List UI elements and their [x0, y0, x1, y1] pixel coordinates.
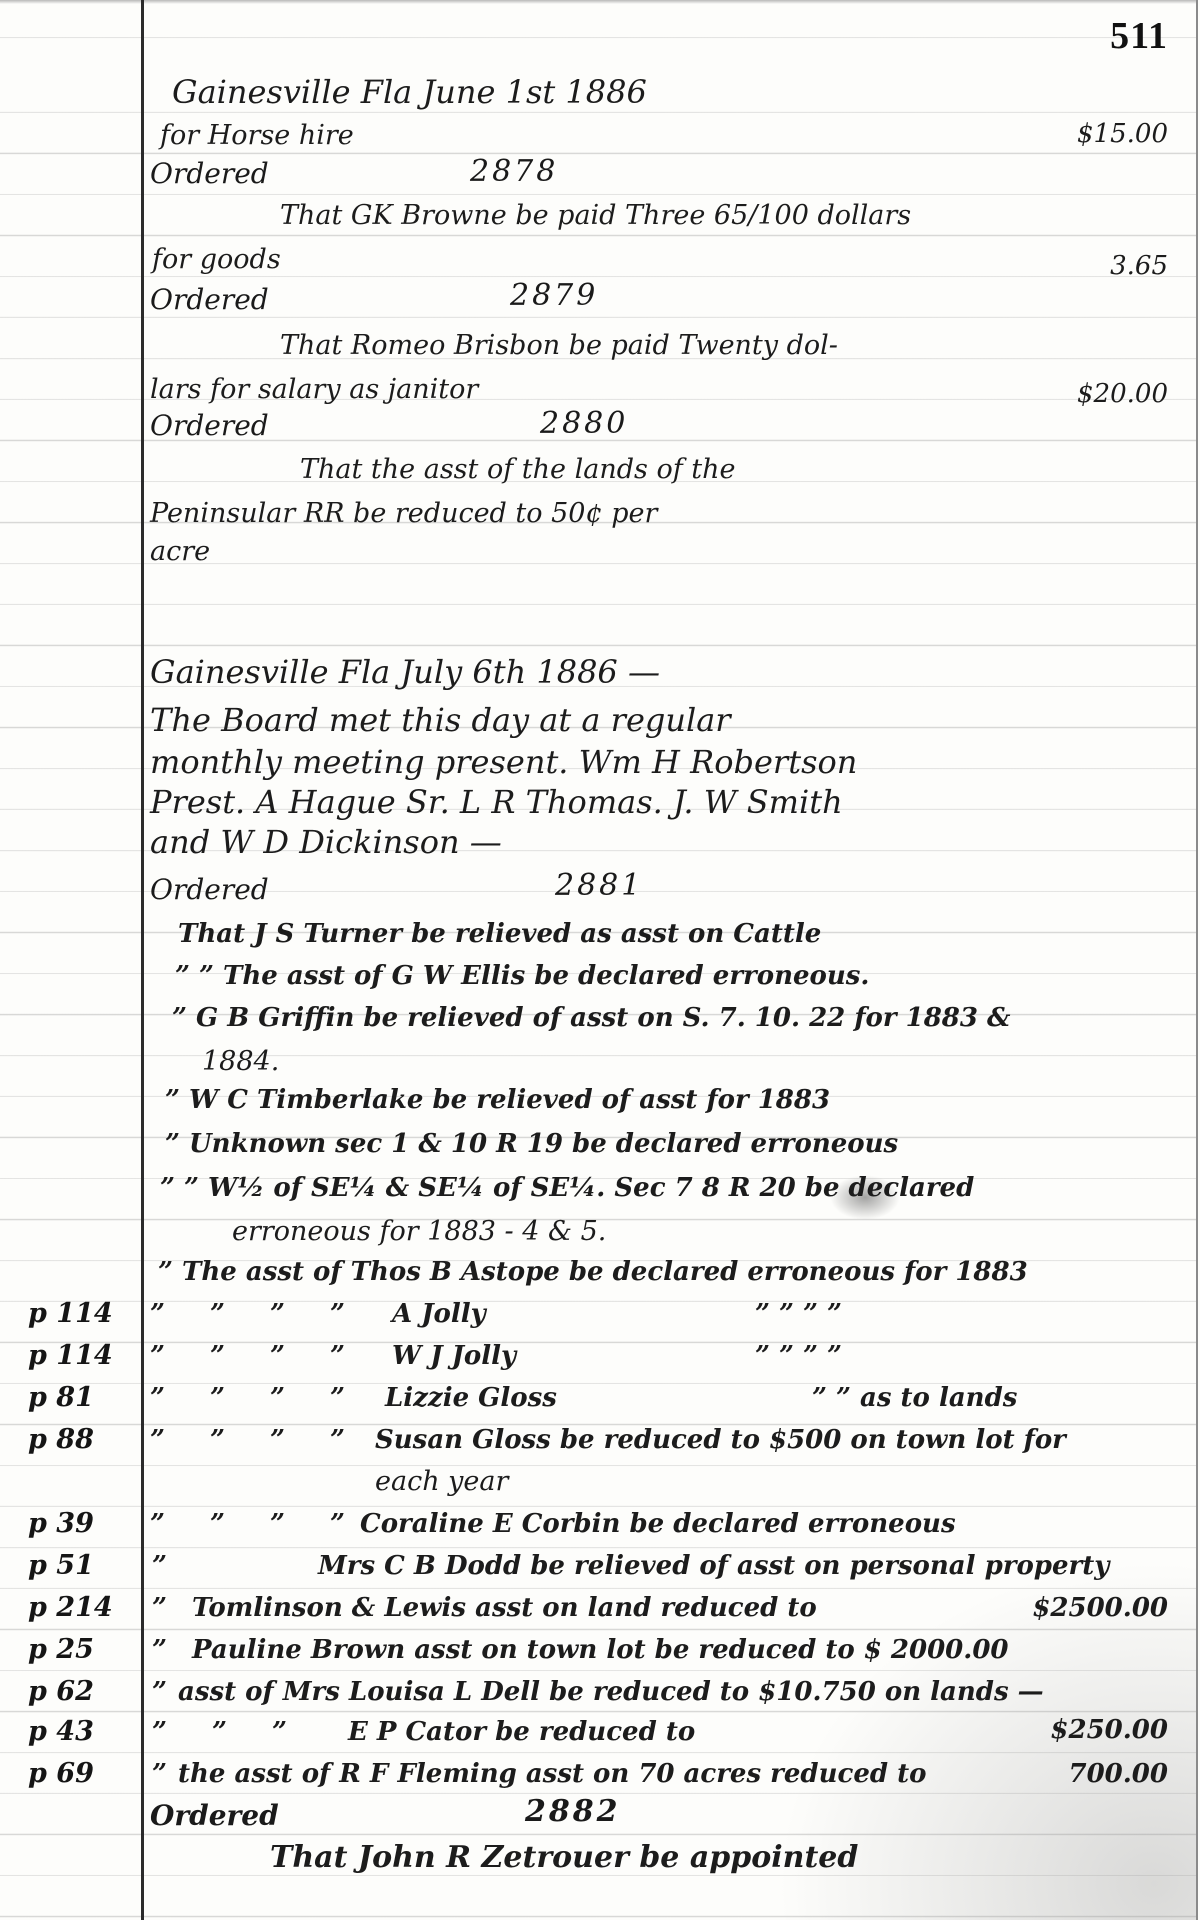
meeting-line-4: and W D Dickinson — — [150, 826, 502, 858]
order-number-2878: 2878 — [470, 156, 558, 188]
margin-ref-item-6: p 214 — [28, 1592, 128, 1624]
margin-ref-item-2: p 81 — [28, 1382, 128, 1414]
peninsular-line-3: acre — [150, 536, 210, 568]
order-number-2882: 2882 — [525, 1796, 621, 1828]
zetrouer-appointment: That John R Zetrouer be appointed — [270, 1842, 858, 1874]
meeting-line-1: The Board met this day at a regular — [150, 704, 731, 736]
w-half-entry-line-1: ” ” W½ of SE¼ & SE¼ of SE¼. Sec 7 8 R 20… — [160, 1172, 974, 1204]
ditto-marks-10: ” — [152, 1758, 167, 1790]
margin-ref-item-3: p 88 — [28, 1424, 128, 1456]
horse-hire-text: for Horse hire — [160, 120, 354, 152]
ledger-page: 511 Gainesville Fla June 1st 1886 for Ho… — [0, 0, 1198, 1920]
margin-ref-item-5: p 51 — [28, 1550, 128, 1582]
item-9-amount: $250.00 — [1050, 1714, 1168, 1746]
order-number-2879: 2879 — [510, 280, 598, 312]
item-2-ditto-tail: ” ” as to lands — [812, 1382, 1017, 1414]
astope-entry: ” The asst of Thos B Astope be declared … — [158, 1256, 1028, 1288]
ditto-marks-0: ” ” ” ” — [150, 1298, 363, 1330]
margin-ref-item-7: p 25 — [28, 1634, 128, 1666]
ditto-marks-3: ” ” ” ” — [150, 1424, 363, 1456]
order-label-2879: Ordered — [150, 284, 269, 316]
browne-payment-line-1: That GK Browne be paid Three 65/100 doll… — [280, 200, 911, 232]
ditto-marks-1: ” ” ” ” — [150, 1340, 363, 1372]
order-label-2882: Ordered — [150, 1800, 279, 1832]
browne-payment-amount: 3.65 — [1110, 250, 1168, 282]
item-3-text: Susan Gloss be reduced to $500 on town l… — [375, 1424, 1066, 1456]
item-7-text: Pauline Brown asst on town lot be reduce… — [192, 1634, 1009, 1666]
july-meeting-heading: Gainesville Fla July 6th 1886 — — [150, 656, 660, 688]
item-8-text: asst of Mrs Louisa L Dell be reduced to … — [178, 1676, 1044, 1708]
griffin-entry-line-2: 1884. — [202, 1046, 279, 1078]
page-number: 511 — [1110, 14, 1168, 58]
ditto-marks-6: ” — [152, 1592, 167, 1624]
griffin-entry-line-1: ” G B Griffin be relieved of asst on S. … — [172, 1002, 1011, 1034]
ditto-marks-4: ” ” ” ” — [150, 1508, 363, 1540]
ditto-marks-5: ” — [152, 1550, 167, 1582]
meeting-line-3: Prest. A Hague Sr. L R Thomas. J. W Smit… — [150, 786, 843, 818]
margin-ref-item-4: p 39 — [28, 1508, 128, 1540]
item-0-ditto-tail: ” ” ” ” — [755, 1298, 842, 1330]
peninsular-line-1: That the asst of the lands of the — [300, 454, 736, 486]
order-label-2880: Ordered — [150, 410, 269, 442]
ellis-entry: ” ” The asst of G W Ellis be declared er… — [175, 960, 869, 992]
page-top-edge — [0, 0, 1196, 4]
item-1-text: W J Jolly — [392, 1340, 516, 1372]
timberlake-entry: ” W C Timberlake be relieved of asst for… — [165, 1084, 830, 1116]
brisbon-payment-line-2: lars for salary as janitor — [150, 374, 478, 406]
item-2-text: Lizzie Gloss — [385, 1382, 557, 1414]
brisbon-payment-amount: $20.00 — [1077, 378, 1168, 410]
margin-ref-item-10: p 69 — [28, 1758, 128, 1790]
margin-ref-item-0: p 114 — [28, 1298, 128, 1330]
w-half-entry-line-2: erroneous for 1883 - 4 & 5. — [232, 1216, 606, 1248]
item-6-amount: $2500.00 — [1032, 1592, 1168, 1624]
order-label-2881: Ordered — [150, 874, 269, 906]
margin-rule — [141, 0, 144, 1920]
item-3-continuation: each year — [375, 1466, 508, 1498]
turner-entry: That J S Turner be relieved as asst on C… — [178, 918, 821, 950]
item-4-text: Coraline E Corbin be declared erroneous — [360, 1508, 956, 1540]
margin-ref-item-8: p 62 — [28, 1676, 128, 1708]
item-5-text: Mrs C B Dodd be relieved of asst on pers… — [318, 1550, 1109, 1582]
item-10-amount: 700.00 — [1068, 1758, 1168, 1790]
browne-payment-line-2: for goods — [152, 244, 281, 276]
unknown-entry: ” Unknown sec 1 & 10 R 19 be declared er… — [165, 1128, 898, 1160]
ditto-marks-9: ” ” ” — [152, 1716, 305, 1748]
item-6-text: Tomlinson & Lewis asst on land reduced t… — [192, 1592, 817, 1624]
margin-ref-item-1: p 114 — [28, 1340, 128, 1372]
order-label-2878: Ordered — [150, 158, 269, 190]
brisbon-payment-line-1: That Romeo Brisbon be paid Twenty dol- — [280, 330, 838, 362]
horse-hire-amount: $15.00 — [1077, 118, 1168, 150]
june-meeting-heading: Gainesville Fla June 1st 1886 — [172, 76, 647, 108]
margin-ref-item-9: p 43 — [28, 1716, 128, 1748]
item-0-text: A Jolly — [392, 1298, 486, 1330]
meeting-line-2: monthly meeting present. Wm H Robertson — [150, 746, 857, 778]
ditto-marks-2: ” ” ” ” — [150, 1382, 363, 1414]
peninsular-line-2: Peninsular RR be reduced to 50¢ per — [150, 498, 657, 530]
order-number-2881: 2881 — [555, 870, 643, 902]
item-9-text: E P Cator be reduced to — [348, 1716, 695, 1748]
ditto-marks-7: ” — [152, 1634, 167, 1666]
order-number-2880: 2880 — [540, 408, 628, 440]
item-10-text: the asst of R F Fleming asst on 70 acres… — [178, 1758, 926, 1790]
item-1-ditto-tail: ” ” ” ” — [755, 1340, 842, 1372]
ditto-marks-8: ” — [152, 1676, 167, 1708]
